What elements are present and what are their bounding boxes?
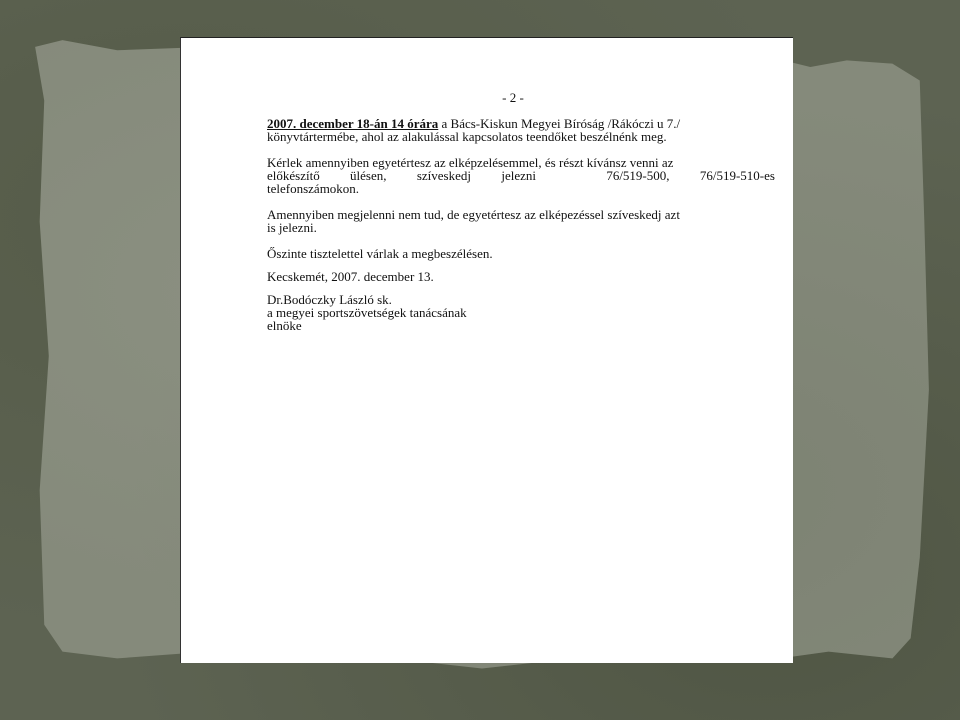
paragraph-request: Kérlek amennyiben egyetértesz az elképze… (267, 156, 775, 195)
document-body: - 2 - 2007. december 18-án 14 órára a Bá… (267, 91, 775, 332)
signature-block: Dr.Bodóczky László sk. a megyei sportszö… (267, 293, 775, 332)
absence-line-1: Amennyiben megjelenni nem tud, de egyeté… (267, 208, 775, 221)
request-line-3: telefonszámokon. (267, 182, 775, 195)
scanned-document-page: - 2 - 2007. december 18-án 14 órára a Bá… (180, 37, 793, 663)
page-number: - 2 - (251, 91, 775, 104)
word: szíveskedj (417, 169, 471, 182)
phone-number-2: 76/519-510-es (700, 169, 775, 182)
signer-title-1: a megyei sportszövetségek tanácsának (267, 306, 775, 319)
place-date: Kecskemét, 2007. december 13. (267, 270, 775, 283)
signer-title-2: elnöke (267, 319, 775, 332)
meeting-purpose: könyvtártermébe, ahol az alakulással kap… (267, 130, 775, 143)
phone-number-1: 76/519-500, (606, 169, 669, 182)
absence-line-2: is jelezni. (267, 221, 775, 234)
closing-line: Őszinte tisztelettel várlak a megbeszélé… (267, 247, 775, 260)
paragraph-absence: Amennyiben megjelenni nem tud, de egyeté… (267, 208, 775, 234)
paragraph-meeting-time: 2007. december 18-án 14 órára a Bács-Kis… (267, 117, 775, 143)
word: jelezni (501, 169, 536, 182)
